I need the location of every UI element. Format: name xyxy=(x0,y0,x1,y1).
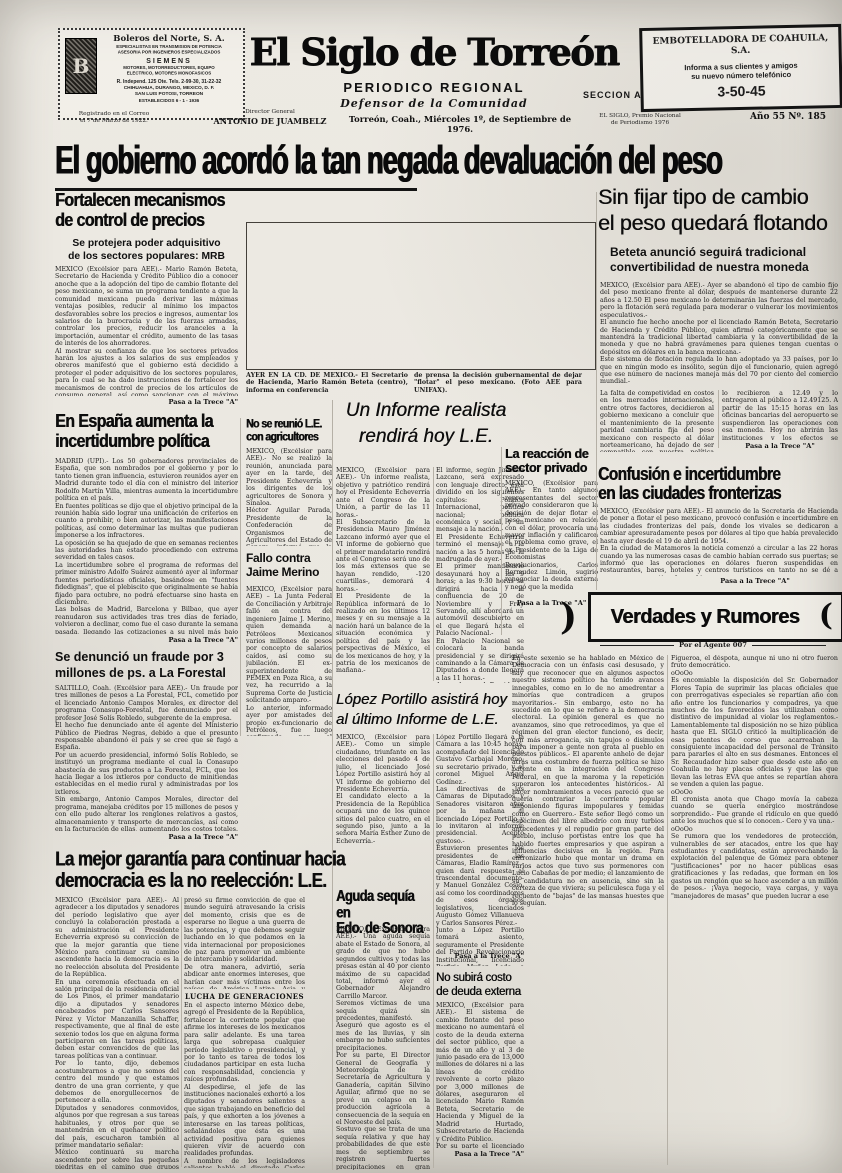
un-informe-headline: Un Informe realista rendirá hoy L.E. xyxy=(330,398,522,449)
column-rule xyxy=(181,897,182,1167)
right-ad-line1: Informa a sus clientes y amigos su nuevo… xyxy=(643,59,839,82)
fallo-headline: Fallo contra Jaime Merino xyxy=(246,552,334,580)
confusion-headline: Confusión e incertidumbre en las ciudade… xyxy=(598,466,838,504)
masthead: El Siglo de Torreón PERIODICO REGIONAL D… xyxy=(248,30,620,110)
press-conference-photo xyxy=(246,222,596,370)
un-informe-col1: MEXICO, (Excélsior para AEE).- Un inform… xyxy=(336,467,430,683)
left-ad-line3: R. Independ. 125 Ote. Tels. 2-99-30, 31-… xyxy=(98,79,240,85)
sin-fijar-continuation: Pasa a la Trece "A" xyxy=(722,442,838,450)
column-rule xyxy=(596,192,597,590)
director-block: Director General ANTONIO DE JUAMBELZ xyxy=(200,109,340,126)
lopez-col2: López Portillo llegará a la Cámara a las… xyxy=(436,734,524,966)
espana-continuation: Pasa a la Trece "A" xyxy=(55,636,238,644)
verdades-title: Verdades y Rumores xyxy=(591,606,819,629)
verdades-banner: Verdades y Rumores ( xyxy=(588,592,842,642)
left-ad-line2: MOTORES, MOTORREDUCTORES, EQUIPO ELECTRI… xyxy=(104,66,235,77)
verdades-left-bracket-icon: ) xyxy=(560,596,577,638)
sequia-body: MEXICO, (Excélsior para AEE).- Una aguda… xyxy=(336,926,430,1170)
newspaper-title: El Siglo de Torreón xyxy=(248,30,620,74)
fraude-body: SALTILLO, Coah. (Excélsior para AEE).- U… xyxy=(55,685,238,831)
mejor-col2b: En el aspecto interno México debe, agreg… xyxy=(184,1002,305,1168)
column-rule xyxy=(501,447,502,635)
verdades-col1: En este sexenio se ha hablado en México … xyxy=(512,655,664,1167)
sin-fijar-body: MEXICO, (Excélsior para AEE).- Ayer se a… xyxy=(600,282,838,388)
column-rule xyxy=(433,734,434,1168)
left-ad-boleros: B Boleros del Norte, S. A. ESPECIALISTAS… xyxy=(58,28,245,120)
lopez-continuation: Pasa a la Trece "A" xyxy=(436,952,524,960)
reaccion-body: MEXICO, (Excélsior para AEE).- En tanto … xyxy=(505,480,598,598)
left-ad-line1: ESPECIALISTAS EN TRANSMISION DE POTENCIA… xyxy=(104,45,235,56)
photo-caption-right: de prensa la decisión gubernamental de d… xyxy=(414,372,582,398)
confusion-continuation: Pasa a la Trece "A" xyxy=(680,577,830,585)
banner-headline: El gobierno acordó la tan negada devalua… xyxy=(55,137,841,183)
fraude-continuation: Pasa a la Trece "A" xyxy=(55,833,238,841)
lopez-col1: MEXICO, (Excélsior para AEE).- Como un s… xyxy=(336,734,430,882)
dateline: Torreón, Coah., Miércoles 1º, de Septiem… xyxy=(342,114,578,134)
right-ad-phone: 3-50-45 xyxy=(643,81,839,103)
column-rule xyxy=(718,390,719,448)
boleros-logo: B xyxy=(65,38,97,94)
reaccion-headline: La reacción de sector privado xyxy=(505,447,600,476)
left-ad-line5: ESTABLECIDOS 6 - 1 - 1936 xyxy=(98,98,240,104)
fortalecen-continuation: Pasa a la Trece "A" xyxy=(55,398,238,406)
left-ad-line4: CHIHUAHUA, DURANGO, MEXICO, D. F. SAN LU… xyxy=(98,86,240,98)
director-name: ANTONIO DE JUAMBELZ xyxy=(200,116,340,126)
lopez-headline: López Portillo asistirá hoy al último In… xyxy=(336,690,522,729)
no-subira-body: MEXICO, (Excélsior para AEE).- El sistem… xyxy=(436,1002,524,1148)
right-ad-embotelladora: EMBOTELLADORA DE COAHUILA, S.A. Informa … xyxy=(639,24,842,112)
column-rule xyxy=(433,467,434,681)
sin-fijar-kicker: Beteta anunció seguirá tradicional conve… xyxy=(600,245,842,275)
mejor-col1: MEXICO (Excélsior para AEE).- Al agradec… xyxy=(55,897,179,1169)
column-rule xyxy=(240,418,241,736)
sin-fijar-headline: Sin fijar tipo de cambio el peso quedará… xyxy=(598,184,842,236)
fallo-body: MEXICO, (Excélsior para AEE) – La Junta … xyxy=(246,586,332,736)
column-rule xyxy=(332,400,333,1170)
mejor-col2a: presó su firme convicción de que el mund… xyxy=(184,897,305,989)
sin-fijar-col-right: lo recibieron a 12.49 y lo entregaron al… xyxy=(722,390,838,440)
espana-body: MADRID (UPI).- Los 50 gobernadores provi… xyxy=(55,458,238,634)
fraude-headline: Se denunció un fraude por 3 millones de … xyxy=(55,650,238,681)
sin-fijar-col-left: La falta de competividad en costos en lo… xyxy=(600,390,714,452)
confusion-body: MEXICO, (Excélsior para AEE).- El anunci… xyxy=(600,508,838,576)
verdades-right-bracket-icon: ( xyxy=(819,598,833,633)
reaccion-continuation: Pasa a la Trece "A" xyxy=(505,599,598,607)
left-ad-name: Boleros del Norte, S. A. xyxy=(98,34,240,45)
registered-note: Registrado en el Correo el 7 de Marzo de… xyxy=(58,111,170,125)
masthead-subtitle: PERIODICO REGIONAL xyxy=(248,80,620,95)
boleros-logo-letter: B xyxy=(73,54,90,78)
fortalecen-headline: Fortalecen mecanismos de control de prec… xyxy=(55,192,238,231)
issue-number: Año 55 Nº. 185 xyxy=(738,112,838,122)
newspaper-front-page: B Boleros del Norte, S. A. ESPECIALISTAS… xyxy=(0,0,842,1173)
verdades-byline-text: Por el Agente 007 xyxy=(679,641,747,649)
verdades-col2: Figueroa, el déspota, aunque ni uno ni o… xyxy=(671,655,838,1167)
fortalecen-body: MEXICO (Excélsior para AEE).- Mario Ramó… xyxy=(55,266,238,396)
column-rule xyxy=(667,655,668,1165)
fortalecen-kicker: Se protejera poder adquisitivo de los se… xyxy=(55,238,238,264)
award-note: EL SIGLO, Premio Nacional de Periodismo … xyxy=(585,113,695,127)
verdades-byline: Por el Agente 007 xyxy=(600,641,826,649)
no-se-reunio-body: MEXICO, (Excélsior para AEE).- No se rea… xyxy=(246,448,332,546)
espana-headline: En España aumenta la incertidumbre polít… xyxy=(55,413,238,452)
no-subira-continuation: Pasa a la Trece "A" xyxy=(436,1150,524,1158)
no-se-reunio-headline: No se reunió L.E. con agricultores xyxy=(246,418,334,444)
director-label: Director General xyxy=(200,109,340,116)
mejor-crosshead: LUCHA DE GENERACIONES xyxy=(184,992,305,1001)
right-ad-name: EMBOTELLADORA DE COAHUILA, S.A. xyxy=(642,33,838,60)
